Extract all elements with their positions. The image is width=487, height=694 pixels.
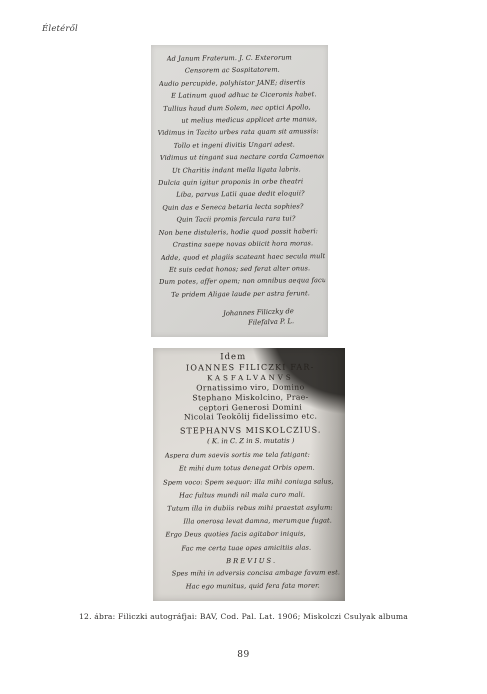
manuscript-figure-2: IdemIOANNES FILICZKI FAR-KASFALVANVSOrna… [153, 348, 345, 601]
page-number: 89 [0, 650, 487, 660]
running-head: Életéről [42, 24, 78, 34]
manuscript-line: E Latinum quod adhuc te Ciceronis habet. [171, 88, 323, 102]
manuscript-line: Aspera dum saevis sortis me tela fatigan… [165, 449, 339, 463]
manuscript-line: STEPHANVS MISKOLCZIUS. [163, 425, 339, 438]
manuscript-line: Spes mihi in adversis concisa ambage fav… [172, 566, 340, 580]
manuscript-line: Hac ego munitus, quid fera fata morer. [186, 579, 340, 593]
manuscript-line: Vidimus in Tacito urbes rata quam sit am… [157, 126, 323, 140]
manuscript-1-signature: Johannes Filiczky deFilefalva P. L. [158, 305, 325, 331]
manuscript-line: Hac fultus mundi nil mala curo mali. [179, 488, 339, 502]
book-page: Életéről Ad Janum Fraterum. J. C. Extero… [0, 0, 487, 694]
manuscript-figure-1: Ad Janum Fraterum. J. C. ExterorumCensor… [151, 45, 328, 337]
manuscript-line: IOANNES FILICZKI FAR- [162, 361, 338, 373]
manuscript-line: Quin das e Seneca betaria lecta sophies? [162, 200, 324, 214]
manuscript-1-text: Ad Janum Fraterum. J. C. ExterorumCensor… [157, 51, 326, 301]
figure-caption: 12. ábra: Filiczki autográfjai: BAV, Cod… [0, 612, 487, 621]
manuscript-line: Crastina saepe novas obiicit hora moras. [173, 237, 325, 251]
manuscript-line: Tutum illa in dubiis rebus mihi praestat… [167, 501, 339, 515]
manuscript-line: Nicolai Teokölij fidelissimo etc. [163, 412, 339, 423]
manuscript-line: Te pridem Aligae laude per astra ferunt. [171, 287, 325, 301]
manuscript-line: Fac me certa tuae opes amicitiis alas. [181, 541, 339, 555]
manuscript-line: ( K. in C. Z in S. mutatis ) [163, 437, 339, 447]
manuscript-line: Et mihi dum totus denegat Orbis opem. [179, 462, 339, 476]
manuscript-line: Ergo Deus quoties facis agitabor iniquis… [165, 528, 339, 542]
manuscript-line: Illa onerosa levat damna, merumque fugat… [183, 515, 339, 529]
manuscript-line: Spem voco: Spem sequor: illa mihi coniug… [163, 475, 339, 489]
manuscript-2-text: IdemIOANNES FILICZKI FAR-KASFALVANVSOrna… [162, 351, 340, 593]
